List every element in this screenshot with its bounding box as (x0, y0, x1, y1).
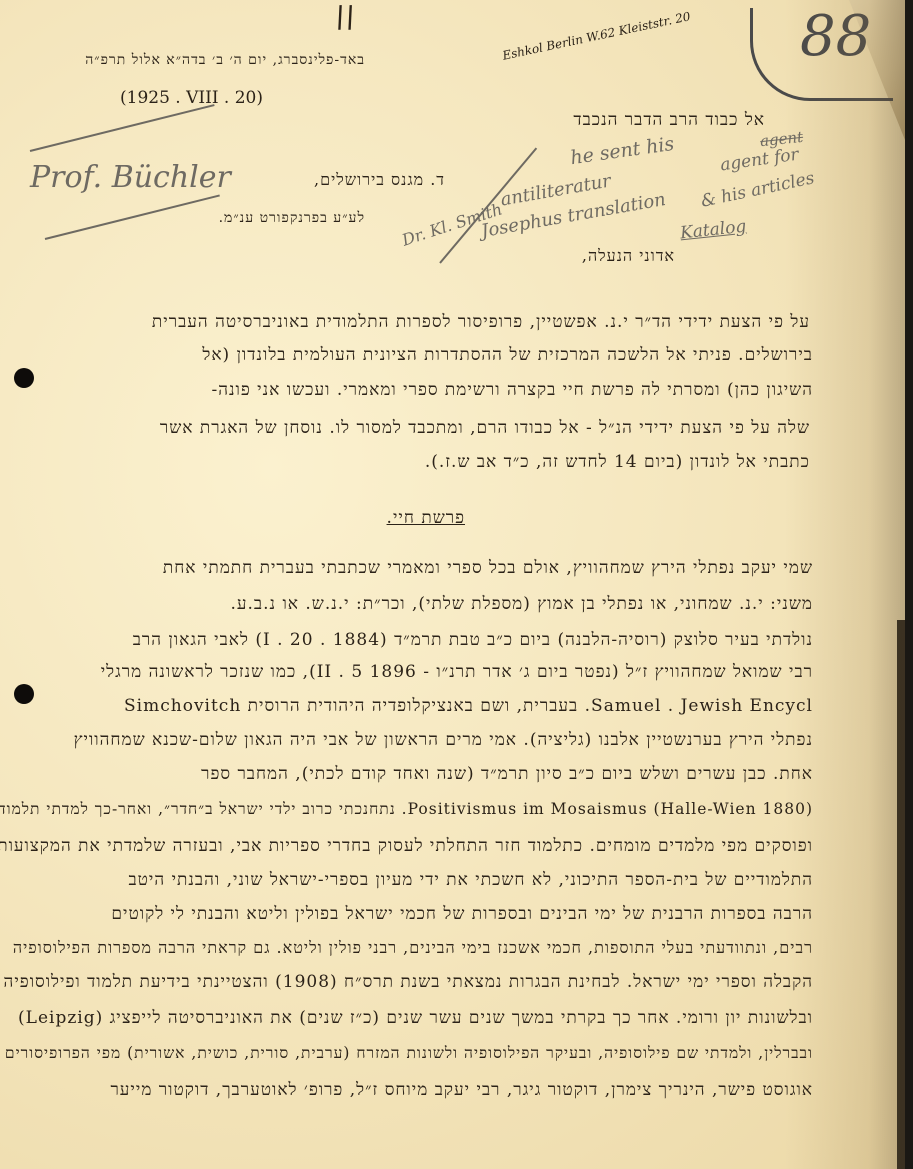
p2-line-4: רבי שמואל שמחהוויץ ז״ל (נפטר ביום ג׳ אדר… (101, 662, 813, 682)
section-title: פרשת חיי. (387, 508, 465, 528)
punch-hole-top (14, 368, 34, 388)
salutation-line-3: לע״ע בפרנקפורט ענ״מ. (219, 210, 365, 227)
p2-line-9: ופוסקים מפי מלמדים מומחים. כתלמוד חזר הת… (0, 836, 813, 856)
address-note: Eshkol Berlin W.62 Kleiststr. 20 (501, 0, 739, 65)
p1-line-3: השיגון כהן) ומסרתי לה פרשת חיי בקצרה ורש… (211, 380, 813, 400)
p2-line-7: אחת. כבן עשרים ושלש ביום כ״ב סיון תרמ״ד … (201, 764, 813, 784)
p2-line-15: ובברלין, ולמדתי שם פילוסופיה, ובעיקר הפי… (5, 1044, 813, 1063)
p1-line-4: שלה על פי הצעת ידידי הנ״ל - אל כבודו הרם… (160, 418, 810, 438)
salutation-line-4: אדוני הנעלה, (582, 246, 675, 266)
tick-marks: \\ (329, 0, 362, 35)
page-edge-shadow (897, 620, 905, 1169)
date-gregorian: (1925 . VIII . 20) (120, 88, 263, 108)
p2-line-6: נפתלי הירץ בערנשטיין אלבנו (גליציה). אמי… (74, 730, 813, 750)
pencil-underline-top (30, 104, 215, 152)
archive-number: 88 (800, 4, 871, 69)
p2-line-10: התלמודיים של בית-הספר התיכוני, לא חשכתי … (128, 870, 813, 890)
punch-hole-bottom (14, 684, 34, 704)
p2-line-16: אוגוסט פישר, הינריך צימרן, דוקטור גיגר, … (110, 1080, 813, 1100)
p2-line-8: Positivismus im Mosaismus (Halle-Wien 18… (0, 800, 813, 819)
pencil-line-1: he sent his (569, 133, 676, 169)
p1-line-5: כתבתי אל לונדון (ביום 14 לחדש זה, כ״ד אב… (425, 452, 810, 472)
pencil-underline-bottom (45, 194, 220, 239)
pencil-agent: agent for (719, 145, 800, 176)
p2-line-2: משני: י.נ. שמחוני, או נפתלי בן אמוץ (מספ… (230, 594, 813, 614)
p2-line-14: ובלשונות יון ורומי. אחר כך בקרתי במשך שנ… (18, 1008, 813, 1028)
p2-line-13: הקבלה וספרי ימי ישראל. לבחינת הבגרות נמצ… (4, 972, 813, 992)
p1-line-2: בירושלים. פניתי אל הלשכה המרכזית של ההסת… (202, 345, 813, 365)
p2-line-12: רבים, ונתוודעתי בעלי התוספות, חכמי אשכנז… (13, 938, 813, 958)
p2-line-3: נולדתי בעיר סלוצק (רוסיה-הלבנה) ביום כ״ב… (133, 630, 813, 650)
p2-line-5: Samuel . Jewish Encycl. בעברית, ושם באנצ… (124, 696, 813, 716)
pencil-line-5: Katalog (679, 217, 747, 244)
p2-line-11: הרבה בספרות הרבנית של ימי הבינים ובספרות… (111, 904, 813, 924)
salutation-line-1: אל כבוד הרב הדבר הנכבד (573, 110, 765, 130)
letter-page: \\ 88 Eshkol Berlin W.62 Kleiststr. 20 ב… (0, 0, 905, 1169)
place-date-hebrew: באד-פלינסברג, יום ה׳ ב׳ בדה״א אלול תרפ״ה (85, 52, 365, 69)
p2-line-1: שמי יעקב נפתלי הירץ שמחהוויץ, אולם בכל ס… (163, 558, 813, 578)
salutation-line-2: ד. מגנס בירושלים, (314, 170, 445, 190)
pencil-line-4: & his articles (699, 168, 816, 212)
pencil-signature-buchler: Prof. Büchler (30, 160, 231, 195)
p1-line-1: על פי הצעת ידידי הד״ר י.נ. אפשטיין, פרופ… (152, 312, 810, 332)
